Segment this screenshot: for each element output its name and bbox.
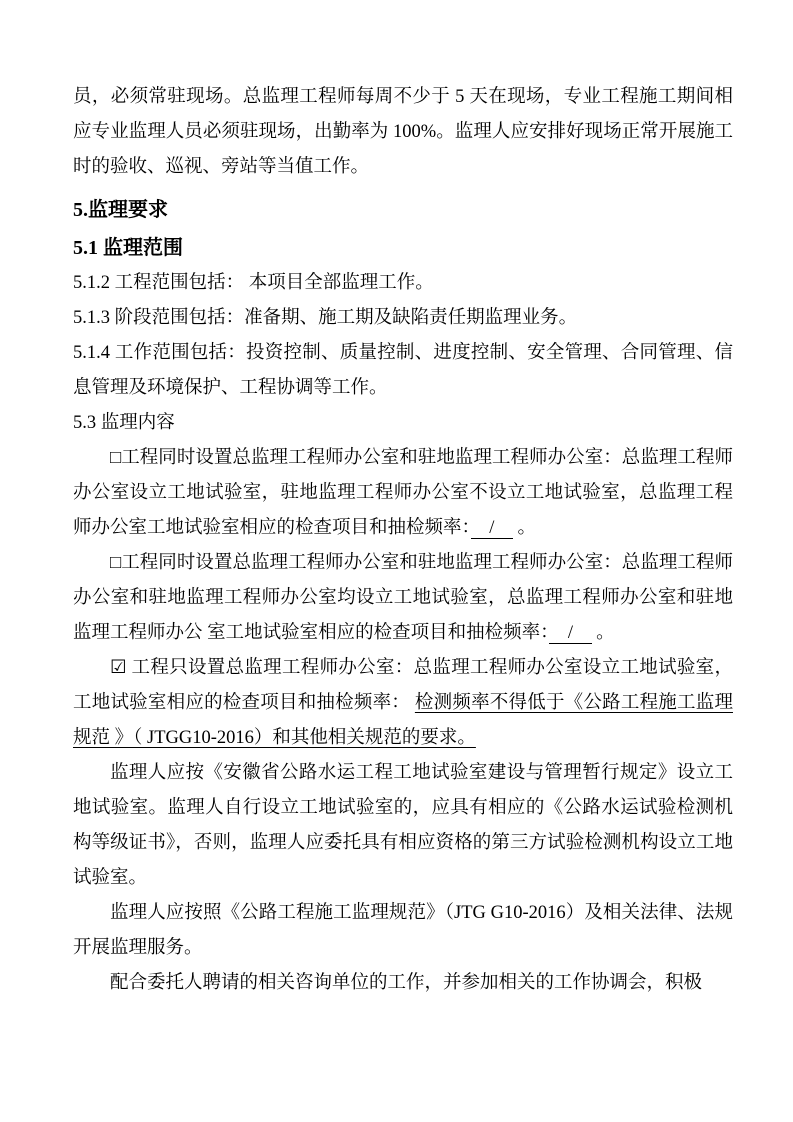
blank-field: / (471, 518, 513, 539)
option-both-offices-both-labs: □工程同时设置总监理工程师办公室和驻地监理工程师办公室：总监理工程师办公室和驻地… (73, 546, 733, 651)
paragraph-regulation-compliance: 监理人应按照《公路工程施工监理规范》（JTG G10-2016）及相关法律、法规… (73, 896, 733, 966)
checkbox-checked-icon: ☑ (110, 658, 127, 678)
option-text: 工程同时设置总监理工程师办公室和驻地监理工程师办公室：总监理工程师办公室设立工地… (73, 448, 733, 538)
option-both-offices-one-lab: □工程同时设置总监理工程师办公室和驻地监理工程师办公室：总监理工程师办公室设立工… (73, 441, 733, 546)
checkbox-unchecked-icon: □ (110, 553, 121, 573)
heading-supervision-requirements: 5.监理要求 (73, 193, 733, 228)
item-project-scope: 5.1.2 工程范围包括： 本项目全部监理工作。 (73, 266, 733, 301)
document-page: 员，必须常驻现场。总监理工程师每周不少于 5 天在现场，专业工程施工期间相应专业… (0, 0, 793, 1122)
option-chief-office-only: ☑ 工程只设置总监理工程师办公室：总监理工程师办公室设立工地试验室，工地试验室相… (73, 651, 733, 756)
blank-field: / (549, 623, 591, 644)
option-suffix: 。 (513, 518, 536, 538)
heading-supervision-scope: 5.1 监理范围 (73, 231, 733, 266)
item-work-scope: 5.1.4 工作范围包括：投资控制、质量控制、进度控制、安全管理、合同管理、信息… (73, 336, 733, 406)
option-suffix: 。 (592, 623, 615, 643)
option-text: 工程同时设置总监理工程师办公室和驻地监理工程师办公室：总监理工程师办公室和驻地监… (73, 553, 733, 643)
item-stage-scope: 5.1.3 阶段范围包括：准备期、施工期及缺陷责任期监理业务。 (73, 301, 733, 336)
item-supervision-content: 5.3 监理内容 (73, 406, 733, 441)
paragraph-coordination: 配合委托人聘请的相关咨询单位的工作，并参加相关的工作协调会，积极 (73, 966, 733, 1001)
paragraph-attendance-continuation: 员，必须常驻现场。总监理工程师每周不少于 5 天在现场，专业工程施工期间相应专业… (73, 80, 733, 185)
paragraph-site-laboratory: 监理人应按《安徽省公路水运工程工地试验室建设与管理暂行规定》设立工地试验室。监理… (73, 756, 733, 896)
checkbox-unchecked-icon: □ (110, 448, 121, 468)
